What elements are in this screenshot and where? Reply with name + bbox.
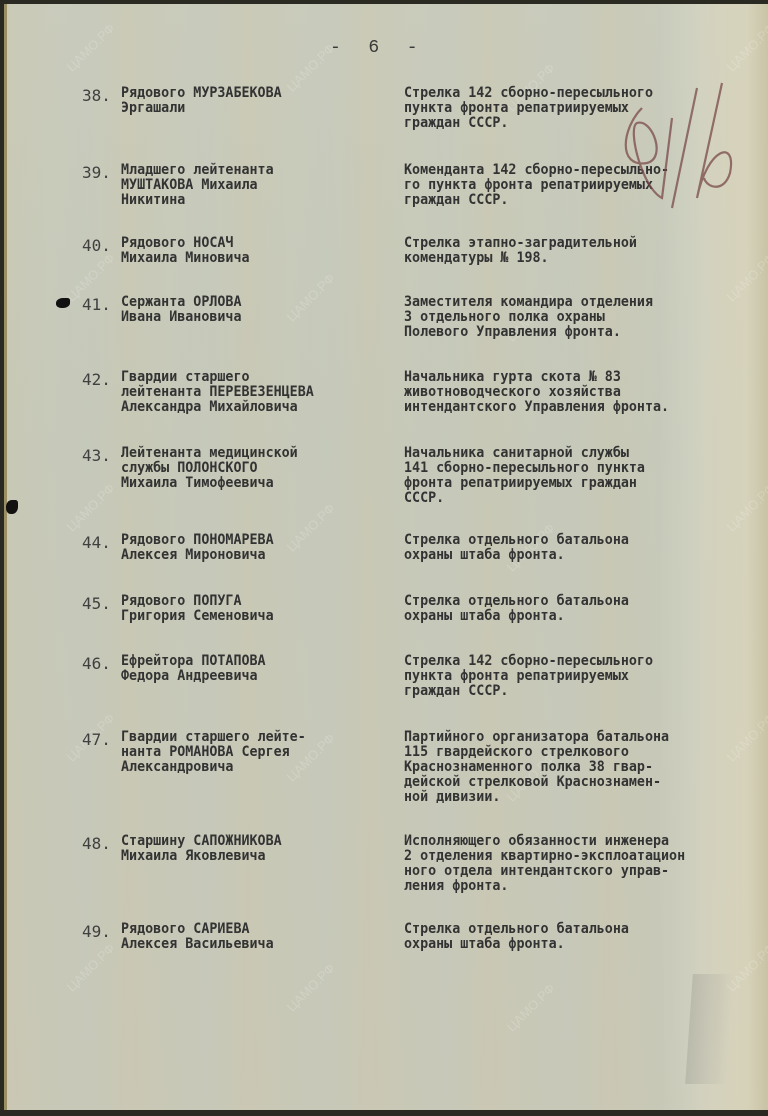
person-name: Рядового ПОНОМАРЕВААлексея Мироновича: [121, 533, 274, 563]
name-line: Рядового ПОНОМАРЕВА: [121, 533, 274, 548]
position-line: Стрелка отдельного батальона: [404, 533, 629, 548]
position-line: СССР.: [404, 491, 645, 506]
position-line: Полевого Управления фронта.: [404, 325, 653, 340]
paper-fold-shadow: [685, 974, 733, 1084]
entry-number: 46.: [82, 654, 111, 673]
person-name: Старшину САПОЖНИКОВАМихаила Яковлевича: [121, 834, 282, 864]
name-line: Ефрейтора ПОТАПОВА: [121, 654, 266, 669]
entry-number: 43.: [82, 446, 111, 465]
position-description: Начальника санитарной службы141 сборно-п…: [404, 446, 645, 506]
position-line: 2 отделения квартирно-эксплоатацион: [404, 849, 685, 864]
position-line: комендатуры № 198.: [404, 251, 637, 266]
position-line: ления фронта.: [404, 879, 685, 894]
position-line: 115 гвардейского стрелкового: [404, 745, 669, 760]
position-description: Стрелка этапно-заградительнойкомендатуры…: [404, 236, 637, 266]
position-line: охраны штаба фронта.: [404, 609, 629, 624]
person-name: Рядового МУРЗАБЕКОВАЭргашали: [121, 86, 282, 116]
name-line: лейтенанта ПЕРЕВЕЗЕНЦЕВА: [121, 385, 314, 400]
name-line: Михаила Яковлевича: [121, 849, 282, 864]
position-description: Стрелка отдельного батальонаохраны штаба…: [404, 594, 629, 624]
name-line: нанта РОМАНОВА Сергея: [121, 745, 306, 760]
entry-number: 40.: [82, 236, 111, 255]
name-line: Михаила Тимофеевича: [121, 476, 298, 491]
entry-number: 39.: [82, 163, 111, 182]
name-line: Рядового ПОПУГА: [121, 594, 274, 609]
position-description: Начальника гурта скота № 83животноводчес…: [404, 370, 669, 415]
person-name: Рядового САРИЕВААлексея Васильевича: [121, 922, 274, 952]
position-line: пункта фронта репатриируемых: [404, 669, 653, 684]
position-line: интендантского Управления фронта.: [404, 400, 669, 415]
punch-hole-mark: [6, 500, 18, 514]
name-line: Рядового САРИЕВА: [121, 922, 274, 937]
position-line: граждан СССР.: [404, 684, 653, 699]
position-description: Стрелка 142 сборно-пересыльногопункта фр…: [404, 654, 653, 699]
name-line: Ивана Ивановича: [121, 310, 241, 325]
name-line: Гвардии старшего: [121, 370, 314, 385]
name-line: Эргашали: [121, 101, 282, 116]
position-line: Стрелка отдельного батальона: [404, 922, 629, 937]
person-name: Гвардии старшеголейтенанта ПЕРЕВЕЗЕНЦЕВА…: [121, 370, 314, 415]
position-description: Партийного организатора батальона115 гва…: [404, 730, 669, 805]
name-line: Федора Андреевича: [121, 669, 266, 684]
position-line: Партийного организатора батальона: [404, 730, 669, 745]
position-line: ного отдела интендантского управ-: [404, 864, 685, 879]
name-line: МУШТАКОВА Михаила: [121, 178, 274, 193]
punch-hole-mark: [56, 298, 70, 308]
position-line: Начальника гурта скота № 83: [404, 370, 669, 385]
name-line: Младшего лейтенанта: [121, 163, 274, 178]
name-line: Сержанта ОРЛОВА: [121, 295, 241, 310]
position-line: Стрелка этапно-заградительной: [404, 236, 637, 251]
name-line: Алексея Васильевича: [121, 937, 274, 952]
position-line: Исполняющего обязанности инженера: [404, 834, 685, 849]
position-line: 141 сборно-пересыльного пункта: [404, 461, 645, 476]
position-description: Стрелка отдельного батальонаохраны штаба…: [404, 922, 629, 952]
name-line: Рядового МУРЗАБЕКОВА: [121, 86, 282, 101]
name-line: Алексея Мироновича: [121, 548, 274, 563]
person-name: Гвардии старшего лейте-нанта РОМАНОВА Се…: [121, 730, 306, 775]
position-line: фронта репатриируемых граждан: [404, 476, 645, 491]
position-line: охраны штаба фронта.: [404, 548, 629, 563]
entry-number: 48.: [82, 834, 111, 853]
position-line: Заместителя командира отделения: [404, 295, 653, 310]
page-number: - 6 -: [330, 38, 420, 58]
position-line: животноводческого хозяйства: [404, 385, 669, 400]
person-name: Ефрейтора ПОТАПОВАФедора Андреевича: [121, 654, 266, 684]
name-line: Александровича: [121, 760, 306, 775]
entry-number: 41.: [82, 295, 111, 314]
name-line: Михаила Миновича: [121, 251, 250, 266]
position-line: охраны штаба фронта.: [404, 937, 629, 952]
person-name: Рядового НОСАЧМихаила Миновича: [121, 236, 250, 266]
name-line: Никитина: [121, 193, 274, 208]
name-line: Старшину САПОЖНИКОВА: [121, 834, 282, 849]
person-name: Лейтенанта медицинскойслужбы ПОЛОНСКОГОМ…: [121, 446, 298, 491]
position-line: Начальника санитарной службы: [404, 446, 645, 461]
name-line: Лейтенанта медицинской: [121, 446, 298, 461]
entry-number: 42.: [82, 370, 111, 389]
position-description: Заместителя командира отделения3 отдельн…: [404, 295, 653, 340]
position-description: Исполняющего обязанности инженера2 отдел…: [404, 834, 685, 894]
entry-number: 38.: [82, 86, 111, 105]
position-line: дейской стрелковой Краснознамен-: [404, 775, 669, 790]
name-line: Александра Михайловича: [121, 400, 314, 415]
entry-number: 45.: [82, 594, 111, 613]
position-line: Стрелка отдельного батальона: [404, 594, 629, 609]
name-line: Рядового НОСАЧ: [121, 236, 250, 251]
person-name: Сержанта ОРЛОВАИвана Ивановича: [121, 295, 241, 325]
position-description: Стрелка отдельного батальонаохраны штаба…: [404, 533, 629, 563]
person-name: Младшего лейтенантаМУШТАКОВА МихаилаНики…: [121, 163, 274, 208]
name-line: Гвардии старшего лейте-: [121, 730, 306, 745]
position-line: Стрелка 142 сборно-пересыльного: [404, 654, 653, 669]
position-line: Краснознаменного полка 38 гвар-: [404, 760, 669, 775]
person-name: Рядового ПОПУГАГригория Семеновича: [121, 594, 274, 624]
name-line: Григория Семеновича: [121, 609, 274, 624]
handwritten-annotation: [612, 78, 742, 218]
entry-number: 47.: [82, 730, 111, 749]
entry-number: 44.: [82, 533, 111, 552]
entry-number: 49.: [82, 922, 111, 941]
position-line: 3 отдельного полка охраны: [404, 310, 653, 325]
name-line: службы ПОЛОНСКОГО: [121, 461, 298, 476]
position-line: ной дивизии.: [404, 790, 669, 805]
